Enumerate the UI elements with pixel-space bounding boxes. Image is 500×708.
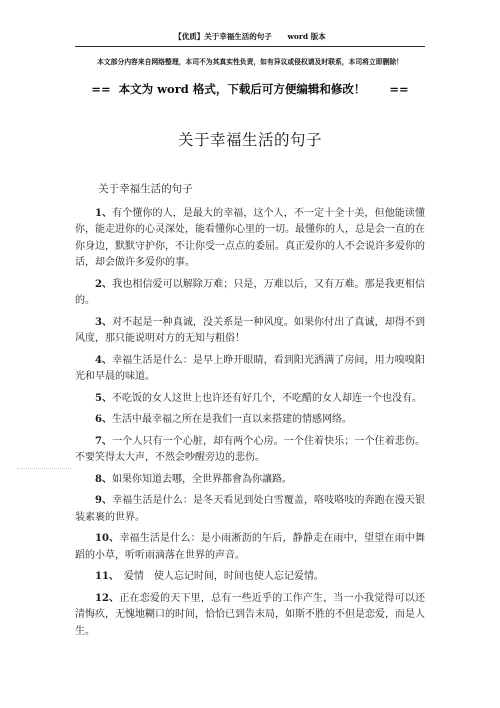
paragraph-number: 5、 [95,393,112,404]
paragraph: 12、正在恋爱的天下里，总有一些近乎的工作产生，当一小我觉得可以还清悔疚，无愧地… [75,591,425,641]
paragraph: 1、有个懂你的人，是最大的幸福，这个人，不一定十全十美，但他能读懂你，能走进你的… [75,206,425,272]
paragraph: 10、幸福生活是什么：是小雨淅沥的午后，静静走在雨中，望望在雨中舞蹈的小草，听听… [75,531,425,564]
disclaimer-text: 本文部分内容来自网络整理，本司不为其真实性负责，如有异议或侵权请及时联系，本司将… [38,56,462,66]
paragraph-number: 12、 [95,593,119,604]
paragraph-number: 11、 [95,571,114,582]
paragraph: 8、如果你知道去哪，全世界都會為你讓路。 [75,472,425,489]
paragraph: 4、幸福生活是什么：是早上睁开眼睛，看到阳光洒满了房间，用力嗅嗅阳光和早晨的味道… [75,353,425,386]
paragraph-number: 6、 [95,414,112,425]
paragraph: 6、生活中最幸福之所在是我们一直以来搭建的情感网络。 [75,412,425,429]
paragraph-number: 2、 [95,279,112,290]
dotted-line-artifact [17,468,71,469]
paragraph: 7、一个人只有一个心脏，却有两个心房。一个住着快乐；一个住着悲伤。不要笑得太大声… [75,434,425,467]
paragraph-text: 幸福生活是什么：是冬天看见到处白雪覆盖，咯吱咯吱的奔跑在漫天银装素裹的世界。 [75,495,425,523]
paragraph: 2、我也相信爱可以解除万难；只是，万难以后，又有万难。那是我更相信的。 [75,277,425,310]
paragraph-text: 不吃饭的女人这世上也许还有好几个，不吃醋的女人却连一个也没有。 [112,393,422,404]
paragraph-number: 4、 [95,355,112,366]
paragraph: 9、幸福生活是什么：是冬天看见到处白雪覆盖，咯吱咯吱的奔跑在漫天银装素裹的世界。 [75,493,425,526]
format-notice: == 本文为 word 格式，下载后可方便编辑和修改！ == [30,81,470,97]
section-heading: 关于幸福生活的句子 [75,181,425,198]
document-body: 关于幸福生活的句子 1、有个懂你的人，是最大的幸福，这个人，不一定十全十美，但他… [75,181,425,645]
paragraph-text: 爱情 使人忘记时间，时间也使人忘记爱情。 [114,571,324,582]
paragraph-text: 正在恋爱的天下里，总有一些近乎的工作产生，当一小我觉得可以还清悔疚，无愧地糊口的… [75,593,425,637]
paragraph-text: 对不起是一种真诚，没关系是一种风度。如果你付出了真诚，却得不到风度，那只能说明对… [75,317,425,345]
paragraph-number: 8、 [95,474,112,485]
paragraph-text: 有个懂你的人，是最大的幸福，这个人，不一定十全十美，但他能读懂你，能走进你的心灵… [75,208,425,269]
paragraph-number: 7、 [95,436,112,447]
paragraph: 11、 爱情 使人忘记时间，时间也使人忘记爱情。 [75,569,425,586]
paragraph-text: 幸福生活是什么：是小雨淅沥的午后，静静走在雨中，望望在雨中舞蹈的小草，听听雨滴落… [75,533,425,561]
document-header-title: 【优质】关于幸福生活的句子 word 版本 [40,31,460,42]
paragraph-number: 3、 [95,317,112,328]
paragraph: 5、不吃饭的女人这世上也许还有好几个，不吃醋的女人却连一个也没有。 [75,391,425,408]
paragraph-number: 10、 [95,533,119,544]
paragraph-number: 9、 [95,495,112,506]
document-page: 【优质】关于幸福生活的句子 word 版本 本文部分内容来自网络整理，本司不为其… [0,0,500,708]
paragraph-text: 幸福生活是什么：是早上睁开眼睛，看到阳光洒满了房间，用力嗅嗅阳光和早晨的味道。 [75,355,425,383]
document-title: 关于幸福生活的句子 [0,128,500,150]
paragraph-text: 如果你知道去哪，全世界都會為你讓路。 [112,474,292,485]
paragraph-text: 一个人只有一个心脏，却有两个心房。一个住着快乐；一个住着悲伤。不要笑得太大声，不… [75,436,425,464]
paragraph-number: 1、 [95,208,112,219]
paragraph: 3、对不起是一种真诚，没关系是一种风度。如果你付出了真诚，却得不到风度，那只能说… [75,315,425,348]
header-rule [75,46,425,47]
paragraph-text: 我也相信爱可以解除万难；只是，万难以后，又有万难。那是我更相信的。 [75,279,425,307]
paragraph-text: 生活中最幸福之所在是我们一直以来搭建的情感网络。 [112,414,352,425]
